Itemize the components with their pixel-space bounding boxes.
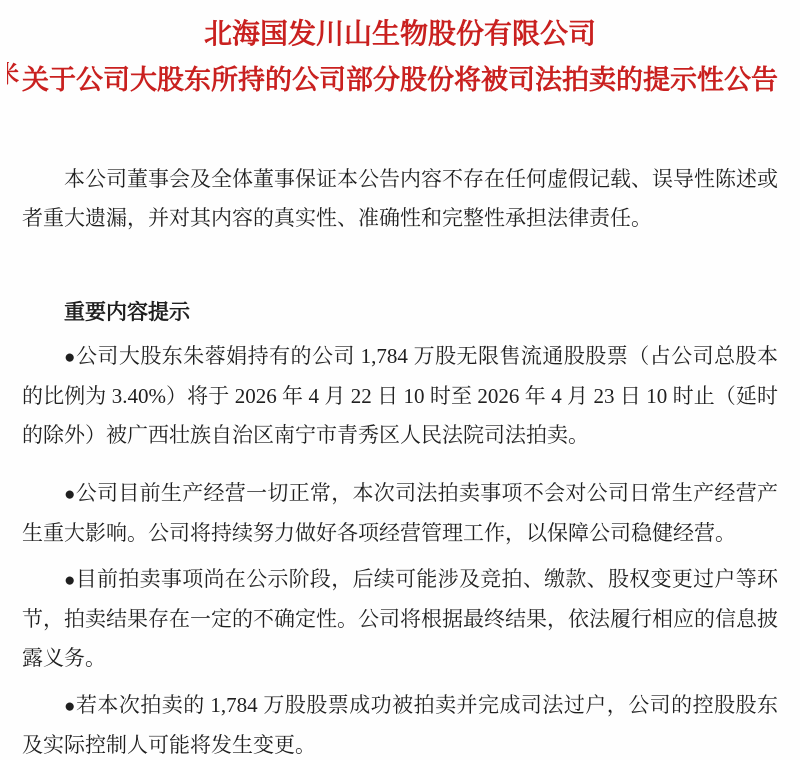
bullet-text: 公司大股东朱蓉娟持有的公司 1,784 万股无限售流通股股票（占公司总股本的比例…: [22, 344, 778, 447]
board-guarantee-statement: 本公司董事会及全体董事保证本公告内容不存在任何虚假记载、误导性陈述或者重大遗漏，…: [22, 160, 778, 238]
bullet-text: 公司目前生产经营一切正常，本次司法拍卖事项不会对公司日常生产经营产生重大影响。公…: [22, 481, 778, 545]
bullet-item-control-change: ●若本次拍卖的 1,784 万股股票成功被拍卖并完成司法过户，公司的控股股东及实…: [22, 686, 778, 760]
bullet-item-uncertainty-notice: ●目前拍卖事项尚在公示阶段，后续可能涉及竞拍、缴款、股权变更过户等环节，拍卖结果…: [22, 560, 778, 678]
company-name-title: 北海国发川山生物股份有限公司: [22, 14, 778, 54]
page: { "page": { "background_color": "#fefefe…: [0, 0, 800, 760]
bullet-text: 目前拍卖事项尚在公示阶段，后续可能涉及竞拍、缴款、股权变更过户等环节，拍卖结果存…: [22, 567, 778, 670]
announcement-title: 关于公司大股东所持的公司部分股份将被司法拍卖的提示性公告: [22, 60, 778, 100]
bullet-marker-icon: ●: [64, 570, 76, 591]
bullet-marker-icon: ●: [64, 347, 76, 368]
bullet-marker-icon: ●: [64, 696, 76, 717]
bullet-item-auction-detail: ●公司大股东朱蓉娟持有的公司 1,784 万股无限售流通股股票（占公司总股本的比…: [22, 337, 778, 455]
bullet-text: 若本次拍卖的 1,784 万股股票成功被拍卖并完成司法过户，公司的控股股东及实际…: [22, 693, 778, 757]
bullet-item-operation-status: ●公司目前生产经营一切正常，本次司法拍卖事项不会对公司日常生产经营产生重大影响。…: [22, 474, 778, 553]
announcement-document: 北海国发川山生物股份有限公司 关于公司大股东所持的公司部分股份将被司法拍卖的提示…: [0, 0, 800, 760]
important-content-heading: 重要内容提示: [22, 293, 778, 332]
bullet-marker-icon: ●: [64, 484, 76, 505]
